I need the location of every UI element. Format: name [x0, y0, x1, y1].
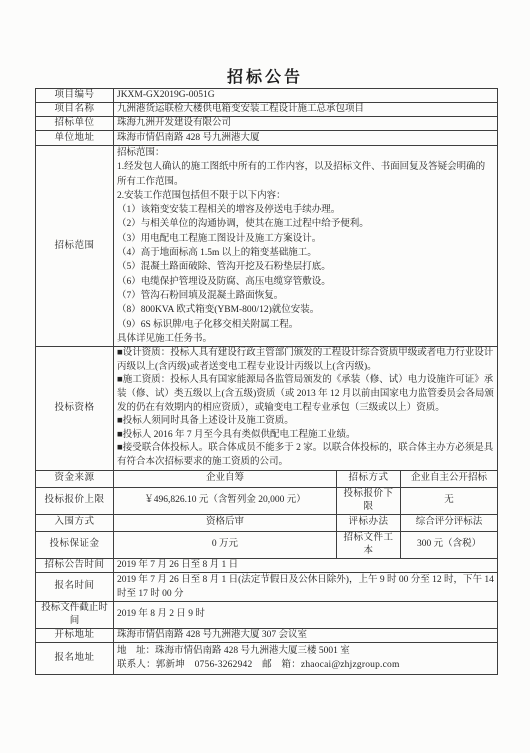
- scope-line: （7）管沟石粉回填及混凝土路面恢复。: [117, 289, 494, 303]
- tender-method-value: 企业自主公开招标: [401, 470, 498, 487]
- scope-line: （5）混凝土路面破除、管沟开挖及石粉垫层打底。: [117, 260, 494, 274]
- scope-line: （8）800KVA 欧式箱变(YBM-800/12)就位安装。: [117, 303, 494, 317]
- row-signup-period: 报名时间 2019 年 7 月 26 日至 8 月 1 日(法定节假日及公休日除…: [36, 572, 498, 601]
- unit-address-label: 单位地址: [36, 131, 114, 146]
- document-fee-value: 300 元（含税）: [401, 531, 498, 558]
- scope-line: 具体详见施工任务书。: [117, 332, 494, 346]
- bid-qualification-content: ■设计资质：投标人具有建设行政主管部门颁发的工程设计综合资质甲级或者电力行业设计…: [114, 347, 498, 470]
- row-bid-deposit: 投标保证金 0 万元 招标文件工本 300 元（含税）: [36, 531, 498, 558]
- evaluation-method-label: 评标办法: [337, 514, 401, 531]
- qualification-line: ■接受联合体投标人。联合体成员不能多于 2 家。以联合体投标的，联合体主办方必须…: [117, 442, 494, 469]
- scope-line: 1.经发包人确认的施工图纸中所有的工作内容，以及招标文件、书面回复及答疑会明确的…: [117, 160, 494, 189]
- bid-price-upper-value: ￥496,826.10 元（含暂列金 20,000 元）: [114, 487, 337, 514]
- project-name-label: 项目名称: [36, 103, 114, 117]
- signup-period-value: 2019 年 7 月 26 日至 8 月 1 日(法定节假日及公休日除外)，上午…: [114, 572, 498, 601]
- signup-address-content: 地 址：珠海市情侣南路 428 号九洲港大厦三楼 5001 室 联系人：郭新坤 …: [114, 642, 498, 674]
- tender-method-label: 招标方式: [337, 470, 401, 487]
- row-fund-source: 资金来源 企业自筹 招标方式 企业自主公开招标: [36, 470, 498, 487]
- fund-source-value: 企业自筹: [114, 470, 337, 487]
- row-tender-scope: 招标范围 招标范围： 1.经发包人确认的施工图纸中所有的工作内容，以及招标文件、…: [36, 146, 498, 347]
- tender-announcement-table: 项目编号 JKXM-GX2019G-0051G 项目名称 九洲港货运联检大楼供电…: [35, 88, 498, 675]
- row-signup-address: 报名地址 地 址：珠海市情侣南路 428 号九洲港大厦三楼 5001 室 联系人…: [36, 642, 498, 674]
- scope-line: （3）用电配电工程施工图设计及施工方案设计。: [117, 232, 494, 246]
- qualification-line: ■设计资质：投标人具有建设行政主管部门颁发的工程设计综合资质甲级或者电力行业设计…: [117, 347, 494, 374]
- signup-address-line: 地 址：珠海市情侣南路 428 号九洲港大厦三楼 5001 室: [117, 644, 494, 658]
- fund-source-label: 资金来源: [36, 470, 114, 487]
- row-announcement-period: 招标公告时间 2019 年 7 月 26 日至 8 月 1 日: [36, 558, 498, 572]
- row-bid-deadline: 投标文件截止时间 2019 年 8 月 2 日 9 时: [36, 601, 498, 628]
- row-project-name: 项目名称 九洲港货运联检大楼供电箱变安装工程设计施工总承包项目: [36, 103, 498, 117]
- announcement-period-value: 2019 年 7 月 26 日至 8 月 1 日: [114, 558, 498, 572]
- scope-line: （6）电缆保护管埋设及防腐、高压电缆穿管敷设。: [117, 275, 494, 289]
- row-opening-address: 开标地址 珠海市情侣南路 428 号九洲港大厦 307 会议室: [36, 628, 498, 642]
- bid-deposit-value: 0 万元: [114, 531, 337, 558]
- bid-price-upper-label: 投标报价上限: [36, 487, 114, 514]
- document-title: 招标公告: [0, 64, 530, 87]
- bid-deadline-label: 投标文件截止时间: [36, 601, 114, 628]
- shortlist-method-value: 资格后审: [114, 514, 337, 531]
- bid-price-lower-value: 无: [401, 487, 498, 514]
- announcement-period-label: 招标公告时间: [36, 558, 114, 572]
- scope-line: （2）与相关单位的沟通协调，使其在施工过程中给予便利。: [117, 217, 494, 231]
- document-fee-label: 招标文件工本: [337, 531, 401, 558]
- tender-unit-label: 招标单位: [36, 117, 114, 131]
- bid-deposit-label: 投标保证金: [36, 531, 114, 558]
- row-bid-qualification: 投标资格 ■设计资质：投标人具有建设行政主管部门颁发的工程设计综合资质甲级或者电…: [36, 347, 498, 470]
- qualification-line: ■投标人须同时具备上述设计及施工资质。: [117, 415, 494, 429]
- row-unit-address: 单位地址 珠海市情侣南路 428 号九洲港大厦: [36, 131, 498, 146]
- row-project-number: 项目编号 JKXM-GX2019G-0051G: [36, 89, 498, 103]
- tender-scope-content: 招标范围： 1.经发包人确认的施工图纸中所有的工作内容，以及招标文件、书面回复及…: [114, 146, 498, 347]
- row-tender-unit: 招标单位 珠海九洲开发建设有限公司: [36, 117, 498, 131]
- unit-address-value: 珠海市情侣南路 428 号九洲港大厦: [114, 131, 498, 146]
- project-name-value: 九洲港货运联检大楼供电箱变安装工程设计施工总承包项目: [114, 103, 498, 117]
- signup-period-label: 报名时间: [36, 572, 114, 601]
- scope-line: （9）6S 标识牌/电子化移交相关附属工程。: [117, 318, 494, 332]
- bid-deadline-value: 2019 年 8 月 2 日 9 时: [114, 601, 498, 628]
- opening-address-value: 珠海市情侣南路 428 号九洲港大厦 307 会议室: [114, 628, 498, 642]
- tender-scope-label: 招标范围: [36, 146, 114, 347]
- qualification-line: ■投标人 2016 年 7 月至今具有类似供配电工程施工业绩。: [117, 429, 494, 443]
- qualification-line: ■施工资质：投标人具有国家能源局各监管局颁发的《承装（修、试）电力设施许可证》承…: [117, 374, 494, 415]
- opening-address-label: 开标地址: [36, 628, 114, 642]
- signup-contact-line: 联系人：郭新坤 0756-3262942 邮 箱：zhaocai@zhjzgro…: [117, 658, 494, 672]
- scope-line: （1）该箱变安装工程相关的增容及停送电手续办理。: [117, 203, 494, 217]
- scope-line: （4）高于地面标高 1.5m 以上的箱变基础施工。: [117, 246, 494, 260]
- evaluation-method-value: 综合评分评标法: [401, 514, 498, 531]
- signup-address-label: 报名地址: [36, 642, 114, 674]
- row-bid-price-limit: 投标报价上限 ￥496,826.10 元（含暂列金 20,000 元） 投标报价…: [36, 487, 498, 514]
- project-number-label: 项目编号: [36, 89, 114, 103]
- project-number-value: JKXM-GX2019G-0051G: [114, 89, 498, 103]
- scope-line: 招标范围：: [117, 146, 494, 160]
- scope-line: 2.安装工作范围包括但不限于以下内容：: [117, 189, 494, 203]
- shortlist-method-label: 入围方式: [36, 514, 114, 531]
- scanned-document-page: 招标公告 项目编号 JKXM-GX2019G-0051G 项目名称 九洲港货运联…: [0, 0, 530, 753]
- row-shortlist-method: 入围方式 资格后审 评标办法 综合评分评标法: [36, 514, 498, 531]
- bid-price-lower-label: 投标报价下限: [337, 487, 401, 514]
- bid-qualification-label: 投标资格: [36, 347, 114, 470]
- tender-unit-value: 珠海九洲开发建设有限公司: [114, 117, 498, 131]
